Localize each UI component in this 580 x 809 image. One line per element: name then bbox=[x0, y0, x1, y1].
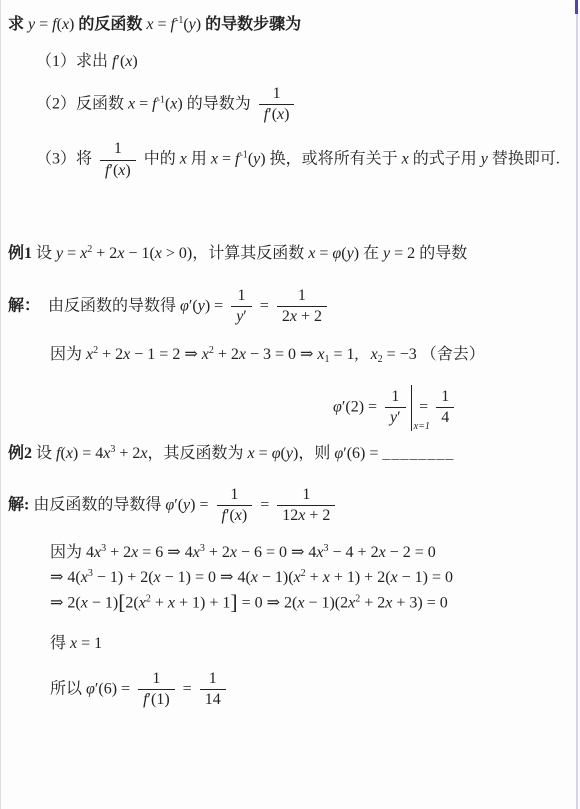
numerator: 1 bbox=[232, 286, 250, 306]
math-variable: φ bbox=[332, 245, 341, 262]
math-operator: − 6 = 0 ⇒ 4 bbox=[237, 544, 316, 561]
math-variable: y bbox=[198, 298, 205, 315]
text-run: （1）求出 bbox=[36, 53, 112, 70]
fraction: 1f′(x) bbox=[259, 84, 295, 126]
numerator: 1 bbox=[204, 669, 222, 689]
math-operator: ) = 4 bbox=[73, 445, 103, 462]
step-2: （2）反函数 x = f-1(x) 的导数为 1f′(x) bbox=[36, 84, 576, 126]
numerator: 1 bbox=[293, 286, 311, 306]
math-variable: x bbox=[66, 445, 73, 462]
math-operator: 1 bbox=[441, 388, 449, 405]
math-operator: + 1) + 1 bbox=[175, 594, 230, 611]
math-operator: ′ bbox=[243, 308, 247, 325]
math-operator: = bbox=[179, 680, 196, 697]
numerator: 1 bbox=[297, 485, 315, 505]
math-variable: x bbox=[371, 346, 378, 363]
fraction: 114 bbox=[200, 669, 226, 711]
math-operator: = 6 ⇒ 4 bbox=[138, 544, 192, 561]
math-variable: x bbox=[62, 16, 69, 33]
math-variable: x bbox=[140, 445, 147, 462]
math-operator: ) bbox=[242, 507, 247, 524]
math-variable: y bbox=[347, 245, 354, 262]
math-variable: x bbox=[402, 151, 409, 168]
math-operator: 1 bbox=[230, 486, 238, 503]
math-operator: = bbox=[154, 16, 171, 33]
math-operator: ) = bbox=[190, 496, 212, 513]
bold-text-run: 的反函数 bbox=[78, 16, 146, 33]
text-run: 的式子用 bbox=[409, 151, 481, 168]
left-edge-line bbox=[0, 0, 1, 809]
math-operator: = bbox=[218, 151, 235, 168]
math-operator: ⇒ 4( bbox=[50, 569, 81, 586]
math-operator: = bbox=[35, 16, 52, 33]
math-operator: = bbox=[135, 95, 152, 112]
math-operator: 1 bbox=[237, 287, 245, 304]
math-operator: ) bbox=[260, 151, 269, 168]
math-variable: x bbox=[211, 151, 218, 168]
text-run: 所以 bbox=[50, 680, 86, 697]
fraction: 14 bbox=[436, 387, 454, 429]
numerator: 1 bbox=[436, 387, 454, 407]
math-operator: 1 bbox=[152, 670, 160, 687]
example2-answer: 所以 φ′(6) = 1f′(1) = 114 bbox=[50, 669, 576, 711]
superscript: -1 bbox=[239, 150, 247, 161]
math-operator: ′( bbox=[189, 298, 198, 315]
math-operator: 2 bbox=[282, 308, 290, 325]
math-operator: ′(6) = bbox=[95, 680, 134, 697]
example1-evaluate: φ′(2) = 1y′x=1 = 14 bbox=[333, 385, 576, 431]
math-operator: = bbox=[256, 496, 273, 513]
text-run: （2）反函数 bbox=[36, 95, 128, 112]
math-operator: 2( bbox=[125, 594, 138, 611]
math-operator: + 2 bbox=[305, 507, 330, 524]
numerator: 1 bbox=[225, 485, 243, 505]
example1-problem: 例1 设 y = x2 + 2x − 1(x > 0)，计算其反函数 x = φ… bbox=[8, 243, 576, 265]
math-operator: + 2 bbox=[115, 445, 140, 462]
math-operator: − 1)(2 bbox=[304, 594, 348, 611]
numerator: 1 bbox=[109, 139, 127, 159]
math-operator: − 1) = 0 bbox=[398, 569, 453, 586]
example2-factor-3: ⇒ 2(x − 1)[2(x2 + x + 1) + 1] = 0 ⇒ 2(x … bbox=[50, 592, 576, 614]
big-bracket: ] bbox=[230, 590, 237, 614]
math-operator: − 4 + 2 bbox=[329, 544, 379, 561]
text-run: 的导数为 bbox=[187, 95, 255, 112]
math-operator: + 2 bbox=[106, 544, 131, 561]
math-operator: ⇒ 2( bbox=[50, 594, 81, 611]
math-variable: x bbox=[290, 308, 297, 325]
math-operator: + 2 bbox=[98, 346, 123, 363]
example2-solution-derivative: 解: 由反函数的导数得 φ′(y) = 1f′(x) = 112x + 2 bbox=[8, 485, 576, 527]
math-operator: − 1 = 2 ⇒ bbox=[130, 346, 201, 363]
text-run: （3）将 bbox=[36, 151, 96, 168]
evaluation-bar: x=1 bbox=[411, 385, 413, 431]
example2-root: 得 x = 1 bbox=[50, 634, 576, 655]
example2-factor-1: 因为 4x3 + 2x = 6 ⇒ 4x3 + 2x − 6 = 0 ⇒ 4x3… bbox=[50, 542, 576, 564]
math-operator: ) bbox=[125, 162, 130, 179]
bold-text-run: 例1 bbox=[8, 245, 36, 262]
text-run: 因为 bbox=[50, 544, 86, 561]
math-operator: 1 bbox=[298, 287, 306, 304]
bold-text-run: 解： bbox=[8, 298, 40, 315]
text-run: 由反函数的导数得 bbox=[40, 298, 180, 315]
fraction: 1y′ bbox=[231, 286, 252, 328]
math-operator: = 2 bbox=[390, 245, 419, 262]
text-run: 中的 bbox=[140, 151, 180, 168]
math-operator: ′( bbox=[116, 53, 125, 70]
example1-solution-derivative: 解： 由反函数的导数得 φ′(y) = 1y′ = 12x + 2 bbox=[8, 286, 576, 328]
math-variable: x bbox=[230, 544, 237, 561]
math-operator: ′( bbox=[268, 106, 277, 123]
math-variable: y bbox=[286, 445, 293, 462]
denominator: y′ bbox=[385, 407, 406, 428]
math-operator: = −3 bbox=[383, 346, 421, 363]
text-run: ，则 bbox=[298, 445, 334, 462]
fraction: 1f′(x) bbox=[100, 139, 136, 181]
bold-text-run: 的导数步骤为 bbox=[205, 16, 301, 33]
math-operator: − 2 = 0 bbox=[386, 544, 436, 561]
math-variable: x bbox=[235, 507, 242, 524]
math-notes-page: 求 y = f(x) 的反函数 x = f-1(y) 的导数步骤为（1）求出 f… bbox=[0, 0, 580, 809]
text-run: 用 bbox=[187, 151, 211, 168]
math-operator: = bbox=[415, 398, 432, 415]
math-operator: 12 bbox=[282, 507, 298, 524]
math-operator: 1 bbox=[273, 85, 281, 102]
math-variable: x bbox=[239, 346, 246, 363]
math-variable: x bbox=[193, 544, 200, 561]
numerator: 1 bbox=[147, 669, 165, 689]
denominator: 14 bbox=[200, 689, 226, 710]
math-variable: x bbox=[294, 569, 301, 586]
math-operator: > 0) bbox=[162, 245, 192, 262]
math-variable: φ bbox=[333, 398, 342, 415]
math-operator: − 3 = 0 ⇒ bbox=[246, 346, 317, 363]
text-run: 设 bbox=[36, 245, 56, 262]
math-variable: φ bbox=[334, 445, 343, 462]
math-operator: ) = bbox=[205, 298, 227, 315]
math-operator: + 3) = 0 bbox=[392, 594, 447, 611]
text-run: 由反函数的导数得 bbox=[29, 496, 165, 513]
math-operator: − 1) + 2( bbox=[93, 569, 154, 586]
example2-problem: 例2 设 f(x) = 4x3 + 2x，其反函数为 x = φ(y)，则 φ′… bbox=[8, 443, 576, 465]
superscript: -1 bbox=[157, 94, 165, 105]
math-operator: ′(6) = bbox=[343, 445, 382, 462]
text-run: 换，或将所有关于 bbox=[270, 151, 402, 168]
document-content: 求 y = f(x) 的反函数 x = f-1(y) 的导数步骤为（1）求出 f… bbox=[0, 0, 580, 809]
math-variable: x bbox=[155, 245, 162, 262]
text-run: 的导数 bbox=[419, 245, 467, 262]
example1-solve-x: 因为 x2 + 2x − 1 = 2 ⇒ x2 + 2x − 3 = 0 ⇒ x… bbox=[50, 344, 576, 366]
denominator: f′(1) bbox=[138, 689, 175, 710]
math-variable: x bbox=[251, 569, 258, 586]
answer-blank: ________ bbox=[382, 445, 454, 462]
math-operator: ′(2) = bbox=[342, 398, 381, 415]
math-variable: x bbox=[139, 594, 146, 611]
denominator: f′(x) bbox=[259, 104, 295, 125]
math-operator: ′( bbox=[109, 162, 118, 179]
math-operator: − 1( bbox=[124, 245, 154, 262]
denominator: 4 bbox=[436, 407, 454, 428]
math-variable: x bbox=[180, 151, 187, 168]
math-operator: ′(1) bbox=[148, 691, 170, 708]
intro-title: 求 y = f(x) 的反函数 x = f-1(y) 的导数步骤为 bbox=[8, 14, 576, 36]
denominator: 12x + 2 bbox=[277, 505, 335, 526]
math-operator: + 2 bbox=[214, 346, 239, 363]
math-variable: x bbox=[391, 569, 398, 586]
math-operator: = bbox=[255, 445, 272, 462]
math-operator: 1 bbox=[302, 486, 310, 503]
math-operator: + 2 bbox=[205, 544, 230, 561]
right-edge-top-mark bbox=[575, 0, 578, 14]
text-run: 设 bbox=[36, 445, 56, 462]
math-variable: x bbox=[168, 594, 175, 611]
math-operator: − 1) = 0 ⇒ 4( bbox=[161, 569, 251, 586]
text-run: 在 bbox=[363, 245, 383, 262]
math-variable: x bbox=[317, 346, 324, 363]
numerator: 1 bbox=[386, 387, 404, 407]
math-operator: − 1)( bbox=[258, 569, 294, 586]
math-operator: 1 bbox=[391, 388, 399, 405]
math-operator: + 2 bbox=[360, 594, 385, 611]
denominator: y′ bbox=[231, 306, 252, 327]
math-variable: y bbox=[189, 16, 196, 33]
bold-text-run: 解: bbox=[8, 496, 29, 513]
math-operator: + bbox=[151, 594, 168, 611]
step-3: （3）将 1f′(x) 中的 x 用 x = f-1(y) 换，或将所有关于 x… bbox=[36, 139, 576, 181]
right-edge-line bbox=[576, 0, 578, 809]
math-operator: + bbox=[306, 569, 323, 586]
math-operator: + 2 bbox=[92, 245, 117, 262]
math-variable: x bbox=[323, 569, 330, 586]
fraction: 1y′ bbox=[385, 387, 406, 429]
math-variable: x bbox=[81, 594, 88, 611]
fraction: 1f′(1) bbox=[138, 669, 175, 711]
bold-text-run: 求 bbox=[8, 16, 28, 33]
math-variable: φ bbox=[86, 680, 95, 697]
math-operator: 14 bbox=[205, 691, 221, 708]
text-run: （舍去） bbox=[421, 346, 485, 363]
step-1: （1）求出 f′(x) bbox=[36, 52, 576, 73]
math-operator: = bbox=[63, 245, 80, 262]
math-operator: 4 bbox=[86, 544, 94, 561]
math-operator: ′ bbox=[397, 409, 401, 426]
math-operator: ) bbox=[354, 245, 363, 262]
math-operator: = bbox=[315, 245, 332, 262]
math-operator: − 1) bbox=[88, 594, 118, 611]
example2-factor-2: ⇒ 4(x3 − 1) + 2(x − 1) = 0 ⇒ 4(x − 1)(x2… bbox=[50, 567, 576, 589]
math-operator: + 1) + 2( bbox=[330, 569, 391, 586]
evaluation-subscript: x=1 bbox=[414, 422, 430, 432]
math-operator: 4 bbox=[441, 409, 449, 426]
math-operator: ) bbox=[284, 106, 289, 123]
text-run: ，计算其反函数 bbox=[192, 245, 308, 262]
math-variable: x bbox=[81, 569, 88, 586]
math-variable: x bbox=[248, 445, 255, 462]
text-run: 替换即可. bbox=[488, 151, 560, 168]
denominator: f′(x) bbox=[100, 160, 136, 181]
fraction: 1f′(x) bbox=[217, 485, 253, 527]
denominator: 2x + 2 bbox=[277, 306, 327, 327]
fraction: 12x + 2 bbox=[277, 286, 327, 328]
math-operator: ′( bbox=[226, 507, 235, 524]
text-run: 得 bbox=[50, 635, 70, 652]
math-operator: = 0 ⇒ 2( bbox=[238, 594, 298, 611]
numerator: 1 bbox=[268, 84, 286, 104]
math-operator: ′( bbox=[174, 496, 183, 513]
text-run: ，其反函数为 bbox=[148, 445, 248, 462]
math-operator: ) bbox=[132, 53, 137, 70]
math-variable: x bbox=[316, 544, 323, 561]
text-run: 因为 bbox=[50, 346, 86, 363]
math-operator: + 2 bbox=[297, 308, 322, 325]
math-variable: x bbox=[154, 569, 161, 586]
math-variable: φ bbox=[272, 445, 281, 462]
denominator: f′(x) bbox=[217, 505, 253, 526]
fraction: 112x + 2 bbox=[277, 485, 335, 527]
math-operator: ) bbox=[177, 95, 186, 112]
math-variable: x bbox=[379, 544, 386, 561]
math-variable: x bbox=[146, 16, 153, 33]
math-operator: 1 bbox=[114, 140, 122, 157]
math-operator: = 1 bbox=[77, 635, 102, 652]
math-operator: = bbox=[256, 298, 273, 315]
math-variable: φ bbox=[165, 496, 174, 513]
bold-text-run: 例2 bbox=[8, 445, 36, 462]
math-operator: ) bbox=[196, 16, 205, 33]
math-variable: φ bbox=[180, 298, 189, 315]
math-variable: x bbox=[202, 346, 209, 363]
math-operator: = 1, bbox=[330, 346, 371, 363]
math-operator: ) bbox=[69, 16, 78, 33]
math-operator: 1 bbox=[209, 670, 217, 687]
math-variable: y bbox=[481, 151, 488, 168]
